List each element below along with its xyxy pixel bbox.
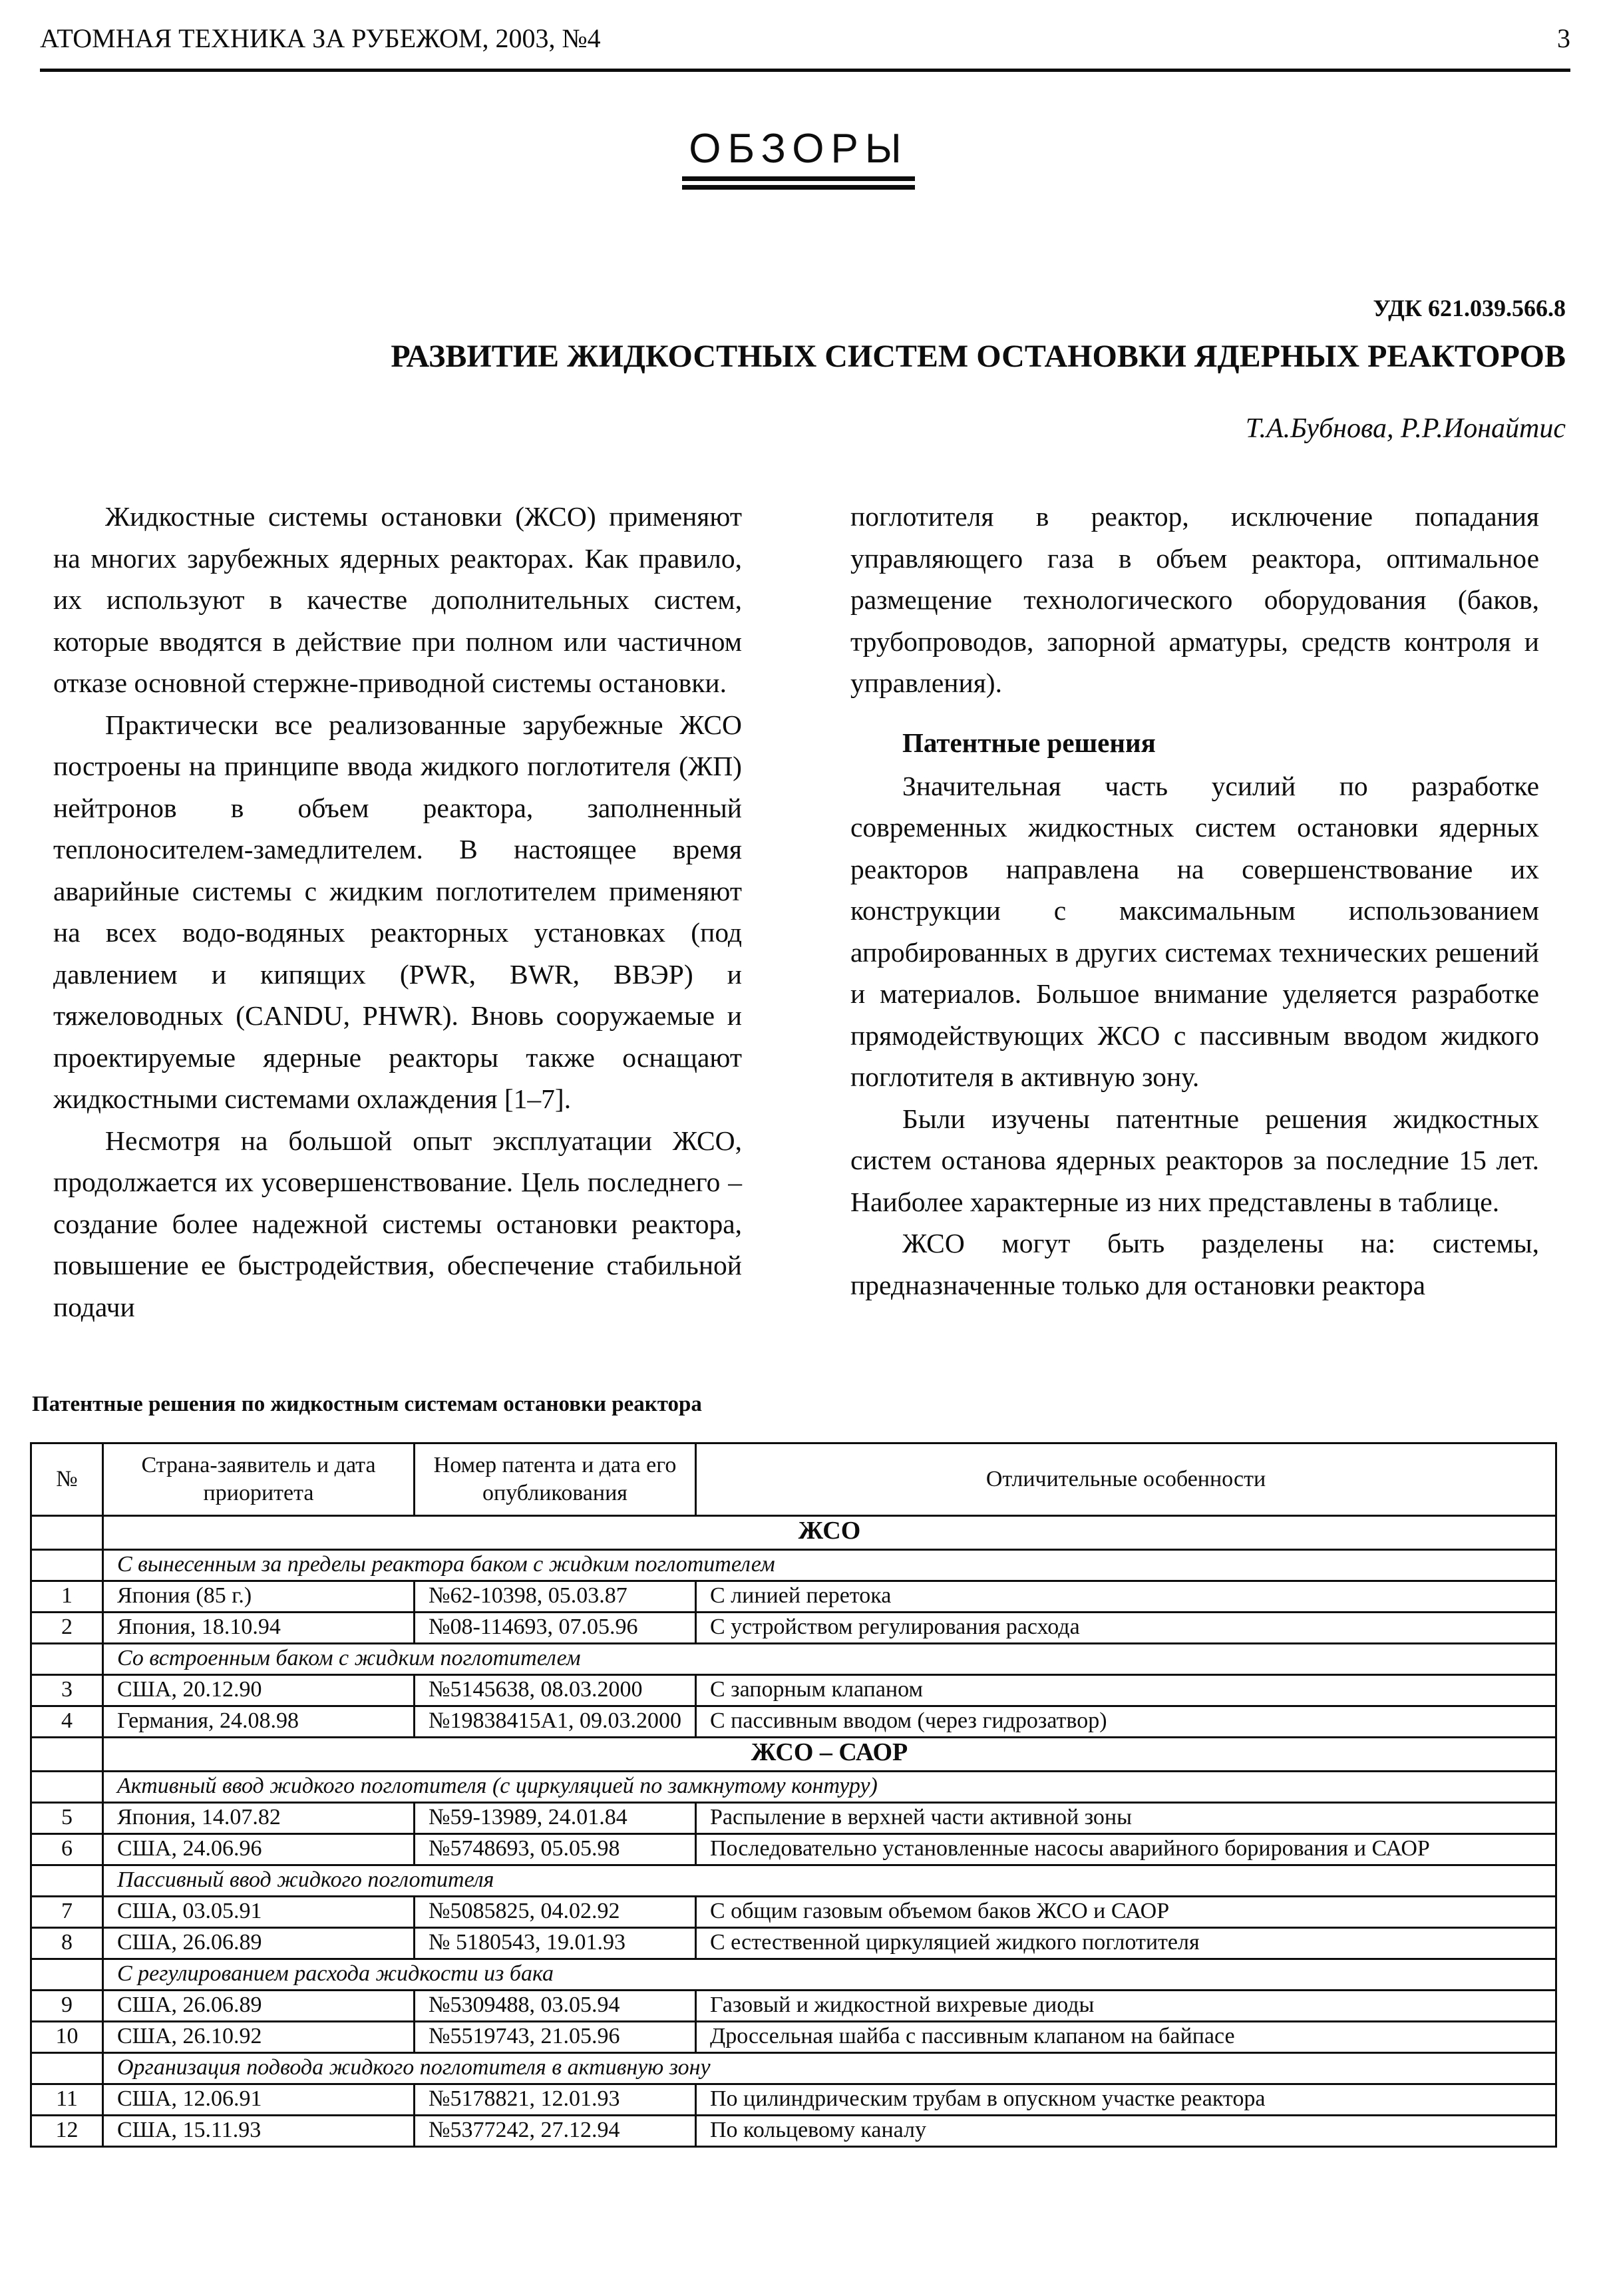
table-row: 12США, 15.11.93№5377242, 27.12.94По коль… <box>31 2116 1556 2147</box>
cell-country: США, 26.06.89 <box>103 1991 415 2022</box>
cell-patent: №5748693, 05.05.98 <box>415 1834 696 1865</box>
empty-cell <box>31 2053 103 2084</box>
table-row: 3США, 20.12.90№5145638, 08.03.2000С запо… <box>31 1675 1556 1706</box>
table-subgroup-row: Со встроенным баком с жидким поглотителе… <box>31 1644 1556 1675</box>
table-row: 9США, 26.06.89№5309488, 03.05.94Газовый … <box>31 1991 1556 2022</box>
cell-country: Германия, 24.08.98 <box>103 1706 415 1738</box>
empty-cell <box>31 1865 103 1897</box>
table-subgroup-row: Активный ввод жидкого поглотителя (с цир… <box>31 1772 1556 1803</box>
cell-country: США, 03.05.91 <box>103 1897 415 1928</box>
table-row: 4Германия, 24.08.98№19838415A1, 09.03.20… <box>31 1706 1556 1738</box>
cell-feature: С естественной циркуляцией жидкого погло… <box>696 1928 1556 1959</box>
article-authors: Т.А.Бубнова, Р.Р.Ионайтис <box>1246 413 1566 445</box>
section-underline-bottom <box>682 185 915 190</box>
cell-patent: №19838415A1, 09.03.2000 <box>415 1706 696 1738</box>
cell-feature: Распыление в верхней части активной зоны <box>696 1803 1556 1834</box>
cell-feature: С общим газовым объемом баков ЖСО и САОР <box>696 1897 1556 1928</box>
subgroup-title: Организация подвода жидкого поглотителя … <box>103 2053 1556 2084</box>
column-header-patent: Номер патента и дата его опубликования <box>415 1443 696 1516</box>
cell-patent: №5145638, 08.03.2000 <box>415 1675 696 1706</box>
cell-number: 3 <box>31 1675 103 1706</box>
cell-number: 10 <box>31 2022 103 2053</box>
subgroup-title: Активный ввод жидкого поглотителя (с цир… <box>103 1772 1556 1803</box>
cell-country: США, 15.11.93 <box>103 2116 415 2147</box>
section-underline-top <box>682 176 915 181</box>
paragraph: Несмотря на большой опыт эксплуатации ЖС… <box>53 1120 742 1328</box>
cell-patent: №08-114693, 07.05.96 <box>415 1613 696 1644</box>
paragraph: Жидкостные системы остановки (ЖСО) приме… <box>53 496 742 704</box>
cell-country: США, 26.10.92 <box>103 2022 415 2053</box>
section-heading: ОБЗОРЫ <box>0 125 1597 172</box>
cell-feature: С устройством регулирования расхода <box>696 1613 1556 1644</box>
paragraph-continuation: поглотителя в реактор, исключение попада… <box>850 496 1539 704</box>
cell-number: 4 <box>31 1706 103 1738</box>
table-header-row: № Страна-заявитель и дата приоритета Ном… <box>31 1443 1556 1516</box>
cell-country: Япония, 14.07.82 <box>103 1803 415 1834</box>
cell-number: 9 <box>31 1991 103 2022</box>
table-row: 6США, 24.06.96№5748693, 05.05.98Последов… <box>31 1834 1556 1865</box>
table-row: 2Япония, 18.10.94№08-114693, 07.05.96С у… <box>31 1613 1556 1644</box>
empty-cell <box>31 1516 103 1550</box>
subheading-patents: Патентные решения <box>850 723 1539 763</box>
column-header-features: Отличительные особенности <box>696 1443 1556 1516</box>
udk-code: УДК 621.039.566.8 <box>1373 294 1566 322</box>
cell-feature: С запорным клапаном <box>696 1675 1556 1706</box>
cell-country: США, 24.06.96 <box>103 1834 415 1865</box>
cell-number: 5 <box>31 1803 103 1834</box>
empty-cell <box>31 1959 103 1991</box>
empty-cell <box>31 1738 103 1772</box>
table-row: 5Япония, 14.07.82№59-13989, 24.01.84Расп… <box>31 1803 1556 1834</box>
cell-number: 12 <box>31 2116 103 2147</box>
column-header-country: Страна-заявитель и дата приоритета <box>103 1443 415 1516</box>
cell-patent: №59-13989, 24.01.84 <box>415 1803 696 1834</box>
cell-number: 1 <box>31 1581 103 1613</box>
table-row: 7США, 03.05.91№5085825, 04.02.92С общим … <box>31 1897 1556 1928</box>
header-rule <box>40 69 1570 72</box>
table-subgroup-row: Пассивный ввод жидкого поглотителя <box>31 1865 1556 1897</box>
paragraph: ЖСО могут быть разделены на: системы, пр… <box>850 1223 1539 1306</box>
table-row: 10США, 26.10.92№5519743, 21.05.96Дроссел… <box>31 2022 1556 2053</box>
cell-country: Япония, 18.10.94 <box>103 1613 415 1644</box>
cell-patent: № 5180543, 19.01.93 <box>415 1928 696 1959</box>
subgroup-title: С вынесенным за пределы реактора баком с… <box>103 1550 1556 1581</box>
group-title: ЖСО <box>103 1516 1556 1550</box>
paragraph: Практически все реализованные зарубежные… <box>53 704 742 1120</box>
cell-feature: Газовый и жидкостной вихревые диоды <box>696 1991 1556 2022</box>
table-subgroup-row: Организация подвода жидкого поглотителя … <box>31 2053 1556 2084</box>
empty-cell <box>31 1772 103 1803</box>
cell-number: 6 <box>31 1834 103 1865</box>
cell-patent: №5178821, 12.01.93 <box>415 2084 696 2116</box>
cell-patent: №5309488, 03.05.94 <box>415 1991 696 2022</box>
cell-feature: По цилиндрическим трубам в опускном учас… <box>696 2084 1556 2116</box>
cell-patent: №5377242, 27.12.94 <box>415 2116 696 2147</box>
journal-title: АТОМНАЯ ТЕХНИКА ЗА РУБЕЖОМ, 2003, №4 <box>40 23 601 54</box>
table-body: ЖСОС вынесенным за пределы реактора бако… <box>31 1516 1556 2147</box>
cell-feature: Последовательно установленные насосы ава… <box>696 1834 1556 1865</box>
table-row: 1Япония (85 г.)№62-10398, 05.03.87С лини… <box>31 1581 1556 1613</box>
table-subgroup-row: С регулированием расхода жидкости из бак… <box>31 1959 1556 1991</box>
paragraph: Значительная часть усилий по разработке … <box>850 765 1539 1098</box>
cell-feature: С линией перетока <box>696 1581 1556 1613</box>
table-subgroup-row: С вынесенным за пределы реактора баком с… <box>31 1550 1556 1581</box>
subgroup-title: Со встроенным баком с жидким поглотителе… <box>103 1644 1556 1675</box>
table-row: 8США, 26.06.89№ 5180543, 19.01.93С естес… <box>31 1928 1556 1959</box>
cell-number: 8 <box>31 1928 103 1959</box>
patents-table: № Страна-заявитель и дата приоритета Ном… <box>30 1442 1557 2148</box>
left-column: Жидкостные системы остановки (ЖСО) приме… <box>53 496 742 1328</box>
table-caption: Патентные решения по жидкостным системам… <box>32 1392 702 1417</box>
cell-country: Япония (85 г.) <box>103 1581 415 1613</box>
group-title: ЖСО – САОР <box>103 1738 1556 1772</box>
cell-patent: №5519743, 21.05.96 <box>415 2022 696 2053</box>
paragraph: Были изучены патентные решения жидкостны… <box>850 1098 1539 1223</box>
subgroup-title: С регулированием расхода жидкости из бак… <box>103 1959 1556 1991</box>
empty-cell <box>31 1644 103 1675</box>
table-group-row: ЖСО <box>31 1516 1556 1550</box>
right-column: поглотителя в реактор, исключение попада… <box>850 496 1539 1306</box>
cell-country: США, 12.06.91 <box>103 2084 415 2116</box>
column-header-number: № <box>31 1443 103 1516</box>
cell-number: 7 <box>31 1897 103 1928</box>
cell-feature: По кольцевому каналу <box>696 2116 1556 2147</box>
cell-patent: №5085825, 04.02.92 <box>415 1897 696 1928</box>
cell-country: США, 26.06.89 <box>103 1928 415 1959</box>
cell-feature: Дроссельная шайба с пассивным клапаном н… <box>696 2022 1556 2053</box>
cell-number: 11 <box>31 2084 103 2116</box>
cell-country: США, 20.12.90 <box>103 1675 415 1706</box>
cell-patent: №62-10398, 05.03.87 <box>415 1581 696 1613</box>
subgroup-title: Пассивный ввод жидкого поглотителя <box>103 1865 1556 1897</box>
article-title: РАЗВИТИЕ ЖИДКОСТНЫХ СИСТЕМ ОСТАНОВКИ ЯДЕ… <box>391 338 1566 375</box>
running-head: АТОМНАЯ ТЕХНИКА ЗА РУБЕЖОМ, 2003, №4 3 <box>40 23 1570 63</box>
table-row: 11США, 12.06.91№5178821, 12.01.93По цили… <box>31 2084 1556 2116</box>
page-number: 3 <box>1557 23 1570 54</box>
cell-number: 2 <box>31 1613 103 1644</box>
table-group-row: ЖСО – САОР <box>31 1738 1556 1772</box>
empty-cell <box>31 1550 103 1581</box>
cell-feature: С пассивным вводом (через гидрозатвор) <box>696 1706 1556 1738</box>
